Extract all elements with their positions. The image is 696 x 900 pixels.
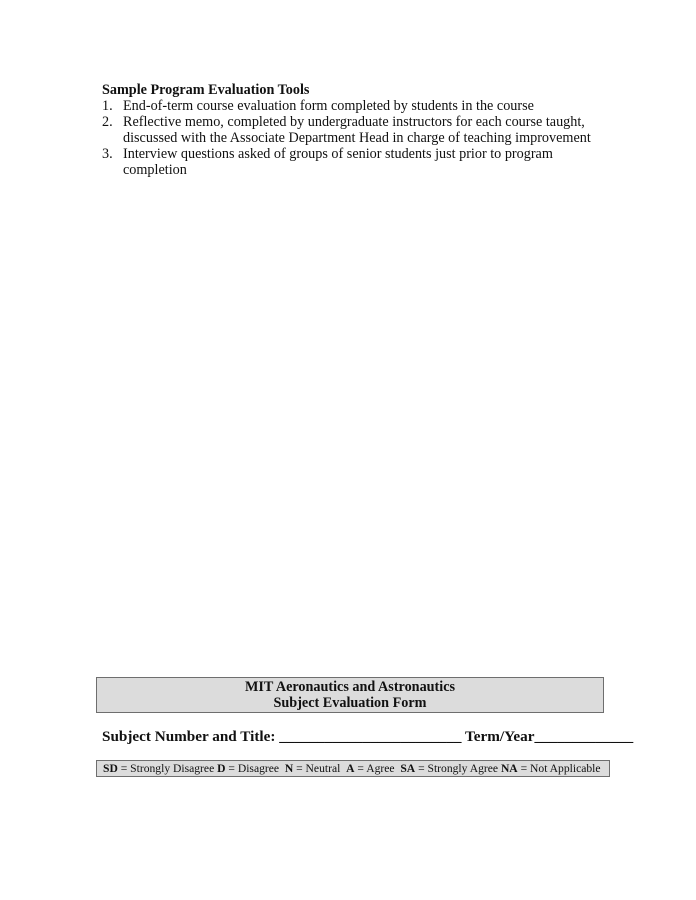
tools-list: 1. End-of-term course evaluation form co… <box>102 98 602 178</box>
list-item-number: 1. <box>102 98 113 114</box>
legend-abbr-na: NA <box>501 762 518 775</box>
form-header-box: MIT Aeronautics and Astronautics Subject… <box>96 677 604 713</box>
rating-legend: SD = Strongly Disagree D = Disagree N = … <box>96 760 610 777</box>
legend-abbr-a: A <box>346 762 354 775</box>
subject-line: Subject Number and Title: ______________… <box>102 728 602 746</box>
legend-abbr-n: N <box>285 762 293 775</box>
subject-number-title-field: Subject Number and Title: ______________… <box>102 728 461 745</box>
list-item-text: End-of-term course evaluation form compl… <box>123 98 534 114</box>
list-item-text: Reflective memo, completed by undergradu… <box>123 114 591 146</box>
legend-abbr-sa: SA <box>400 762 415 775</box>
list-item-number: 3. <box>102 146 113 162</box>
section-title: Sample Program Evaluation Tools <box>102 82 602 98</box>
legend-meaning-d: = Disagree <box>228 762 279 775</box>
legend-meaning-na: = Not Applicable <box>521 762 601 775</box>
list-item: 2. Reflective memo, completed by undergr… <box>102 114 602 146</box>
form-header-org: MIT Aeronautics and Astronautics <box>97 679 603 695</box>
list-item-number: 2. <box>102 114 113 130</box>
form-header-title: Subject Evaluation Form <box>97 695 603 711</box>
list-item: 3. Interview questions asked of groups o… <box>102 146 602 178</box>
legend-meaning-sa: = Strongly Agree <box>418 762 498 775</box>
legend-meaning-sd: = Strongly Disagree <box>121 762 214 775</box>
legend-abbr-sd: SD <box>103 762 118 775</box>
list-item-text: Interview questions asked of groups of s… <box>123 146 553 178</box>
legend-meaning-a: = Agree <box>357 762 394 775</box>
legend-abbr-d: D <box>217 762 225 775</box>
list-item: 1. End-of-term course evaluation form co… <box>102 98 602 114</box>
term-year-field: Term/Year_____________ <box>465 728 633 745</box>
legend-meaning-n: = Neutral <box>296 762 340 775</box>
evaluation-tools-section: Sample Program Evaluation Tools 1. End-o… <box>102 82 602 178</box>
